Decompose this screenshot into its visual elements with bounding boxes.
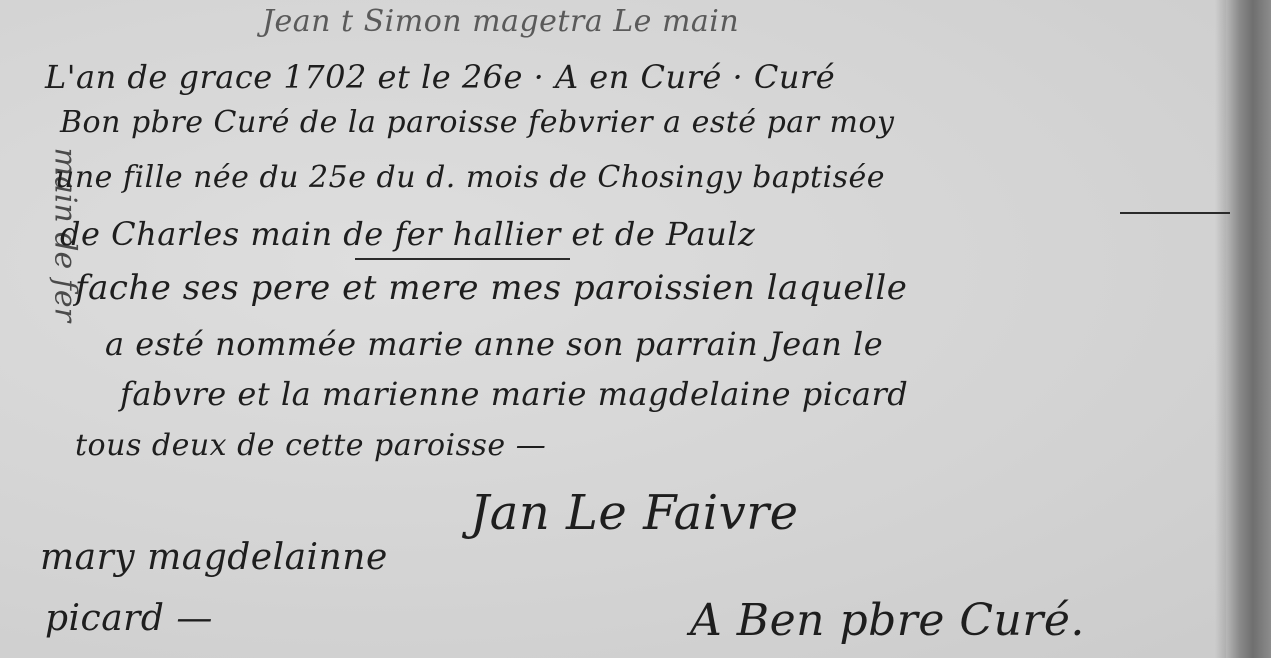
text-line-9: tous deux de cette paroisse —	[75, 428, 546, 463]
text-line-1: Jean t Simon magetra Le main	[262, 4, 739, 39]
text-line-6: fache ses pere et mere mes paroissien la…	[75, 268, 907, 308]
text-line-7: a esté nommée marie anne son parrain Jea…	[105, 325, 883, 363]
text-line-4: une fille née du 25e du d. mois de Chosi…	[55, 160, 885, 195]
manuscript-page: main de fer Jean t Simon magetra Le main…	[0, 0, 1271, 658]
signature-godfather: Jan Le Faivre	[470, 485, 799, 541]
page-binding	[1226, 0, 1271, 658]
line-end-flourish	[1120, 212, 1230, 214]
signature-godmother-surname: picard —	[45, 598, 213, 639]
text-line-2: L'an de grace 1702 et le 26e · A en Curé…	[45, 58, 835, 96]
signature-godmother: mary magdelainne	[40, 537, 388, 578]
signature-priest: A Ben pbre Curé.	[690, 595, 1085, 646]
text-line-8: fabvre et la marienne marie magdelaine p…	[120, 375, 908, 413]
text-line-5: de Charles main de fer hallier et de Pau…	[60, 215, 755, 253]
name-underline	[355, 258, 570, 260]
text-line-3: Bon pbre Curé de la paroisse febvrier a …	[60, 105, 895, 140]
